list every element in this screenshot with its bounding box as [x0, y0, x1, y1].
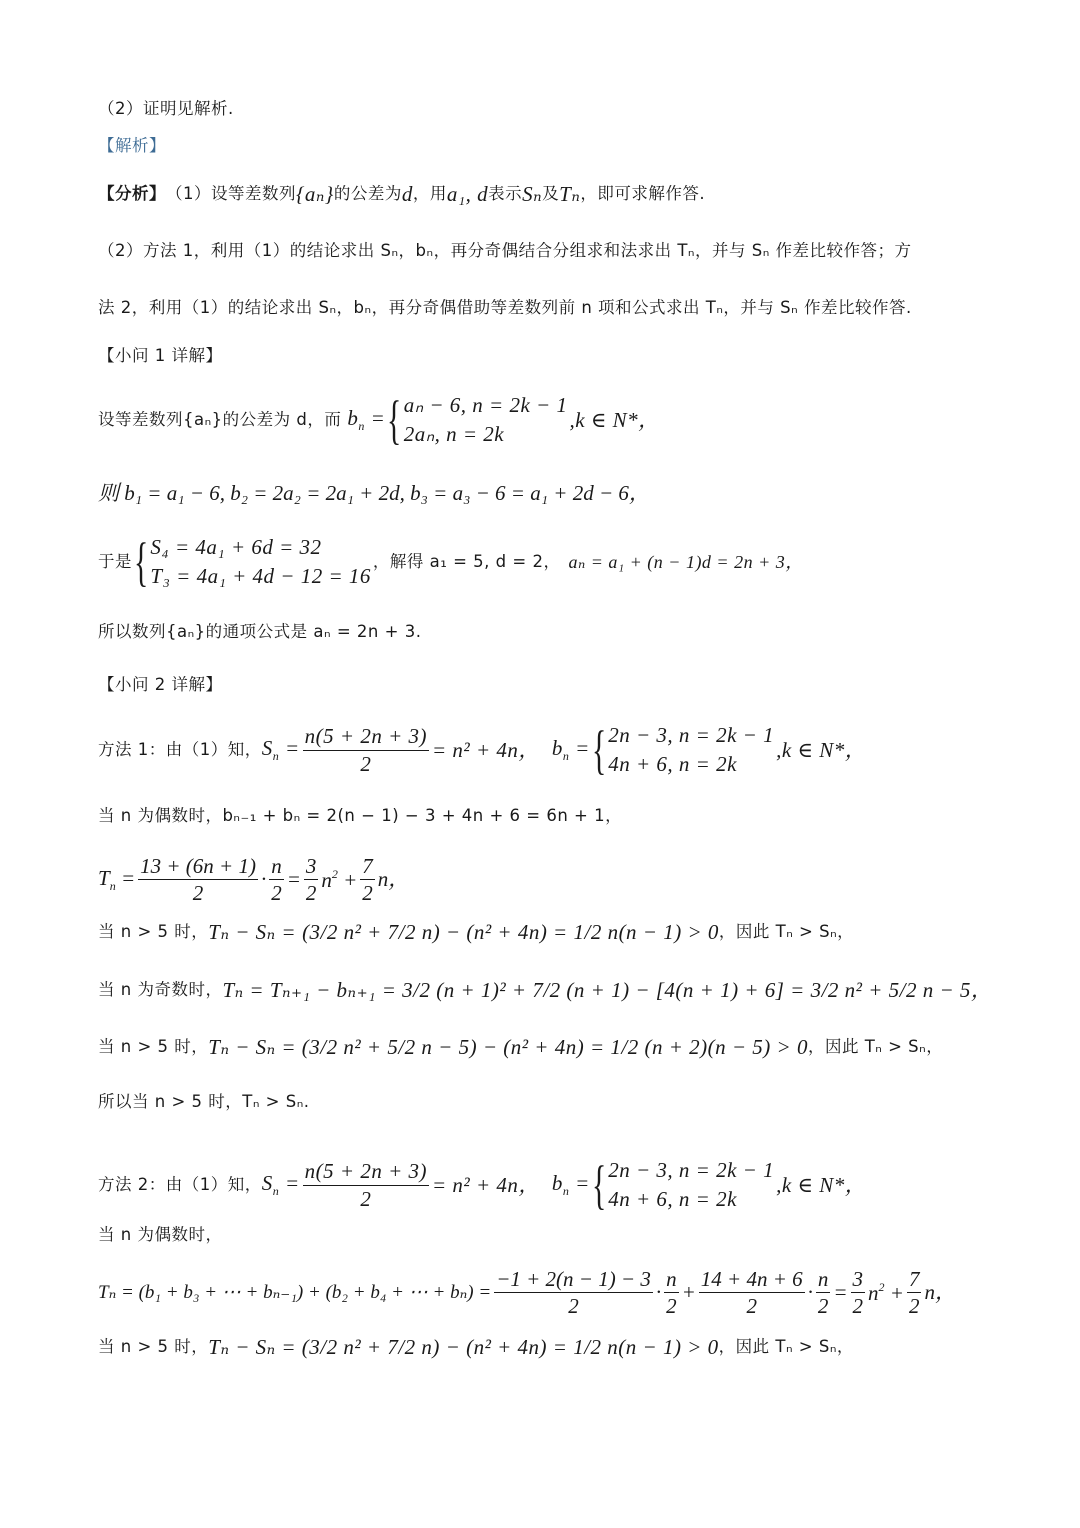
numerator: 7: [907, 1268, 922, 1293]
numerator: n: [269, 855, 284, 880]
fraction: 7 2: [907, 1268, 922, 1317]
denominator: 2: [568, 1293, 579, 1317]
m1-odd-compare: 当 n > 5 时， Tₙ − Sₙ = (3/2 n² + 5/2 n − 5…: [98, 1037, 943, 1058]
denominator: 2: [666, 1293, 677, 1317]
Sn-denominator: 2: [360, 751, 371, 775]
m1-even-case-text: 当 n 为偶数时，bₙ₋₁ + bₙ = 2(n − 1) − 3 + 4n +…: [98, 808, 622, 825]
denominator: 2: [362, 880, 373, 904]
Tn-lhs: Tₙ = (b₁ + b₃ + ⋯ + bₙ₋₁) + (b₂ + b₄ + ⋯…: [98, 1283, 491, 1302]
compare-expr: Tₙ − Sₙ = (3/2 n² + 5/2 n − 5) − (n² + 4…: [208, 1037, 808, 1058]
document-page: （2）证明见解析. 【解析】 【分析】 （1）设等差数列 {aₙ} 的公差为 d…: [0, 0, 1080, 1528]
fraction: n 2: [269, 855, 284, 904]
term: n2 +: [868, 1281, 904, 1304]
Sn-numerator: n(5 + 2n + 3): [303, 725, 429, 750]
analysis-part1-and: 及: [542, 186, 559, 203]
Sn-fraction: n(5 + 2n + 3) 2: [303, 1160, 429, 1209]
equals-sign: =: [833, 1282, 847, 1303]
compare-prefix: 当 n > 5 时，: [98, 1039, 208, 1056]
bn-case-even: 2aₙ, n = 2k: [404, 424, 568, 445]
numerator: 3: [304, 855, 319, 880]
fraction: 7 2: [360, 855, 375, 904]
q1-line2: 则 b₁ = a₁ − 6, b₂ = 2a₂ = 2a₁ + 2d, b₃ =…: [98, 483, 650, 504]
analysis-label: 【分析】: [98, 186, 166, 203]
analysis-part1-prefix: （1）设等差数列: [166, 186, 296, 203]
left-brace-icon: {: [387, 393, 402, 447]
m2-even-compare: 当 n > 5 时， Tₙ − Sₙ = (3/2 n² + 7/2 n) − …: [98, 1337, 854, 1358]
q1-line1-text: 设等差数列{aₙ}的公差为 d，而: [98, 412, 341, 429]
numerator: 13 + (6n + 1): [138, 855, 258, 880]
left-brace-icon: {: [134, 535, 149, 589]
denominator: 2: [306, 880, 317, 904]
q1-line4: 所以数列{aₙ}的通项公式是 aₙ = 2n + 3.: [98, 624, 421, 641]
Sn-symbol: Sn =: [262, 1173, 300, 1197]
compare-prefix: 当 n > 5 时，: [98, 1339, 208, 1356]
analysis-part1-use: ，用: [413, 186, 447, 203]
q1-heading: 【小问 1 详解】: [98, 348, 223, 365]
system-eq-S4: S₄ = 4a₁ + 6d = 32: [150, 537, 370, 558]
compare-expr: Tₙ − Sₙ = (3/2 n² + 7/2 n) − (n² + 4n) =…: [208, 1337, 718, 1358]
m2-even-case: 当 n 为偶数时，: [98, 1227, 222, 1244]
numerator: 3: [851, 1268, 866, 1293]
bn-case-odd: 2n − 3, n = 2k − 1: [608, 1160, 774, 1181]
answer-part2-text: （2）证明见解析.: [98, 101, 234, 118]
m1-even-case: 当 n 为偶数时，bₙ₋₁ + bₙ = 2(n − 1) − 3 + 4n +…: [98, 808, 622, 825]
plus-sign: +: [682, 1282, 696, 1303]
m1-intro: 方法 1：由（1）知，: [98, 742, 262, 759]
Sn-numerator: n(5 + 2n + 3): [303, 1160, 429, 1185]
denominator: 2: [746, 1293, 757, 1317]
term: n，: [924, 1282, 956, 1303]
term: n，: [378, 869, 410, 890]
fraction: 13 + (6n + 1) 2: [138, 855, 258, 904]
analysis-part1-express: 表示: [488, 186, 522, 203]
m1-intro-line: 方法 1：由（1）知， Sn = n(5 + 2n + 3) 2 = n² + …: [98, 723, 866, 777]
m1-odd-case: 当 n 为奇数时， Tₙ = Tₙ₊₁ − bₙ₊₁ = 3/2 (n + 1)…: [98, 980, 992, 1001]
denominator: 2: [853, 1293, 864, 1317]
q1-solve-text: ，解得 a₁ = 5, d = 2，: [373, 554, 561, 571]
q1-line4-text: 所以数列{aₙ}的通项公式是 aₙ = 2n + 3.: [98, 624, 421, 641]
compare-diff: (3/2 n² + 7/2 n) − (n² + 4n) = 1/2 n(n −…: [302, 922, 719, 943]
system-eq-T3: T₃ = 4a₁ + 4d − 12 = 16: [150, 566, 370, 587]
bn-case-even: 4n + 6, n = 2k: [608, 754, 774, 775]
left-brace-icon: {: [592, 1158, 607, 1212]
q1-line2-text: 则 b₁ = a₁ − 6, b₂ = 2a₂ = 2a₁ + 2d, b₃ =…: [98, 483, 650, 504]
compare-conclusion: ，因此 Tₙ > Sₙ，: [719, 1339, 854, 1356]
Sn-result: = n² + 4n，: [432, 1175, 540, 1196]
bn-domain: ,k ∈ N*，: [776, 740, 866, 761]
dot-operator: ·: [808, 1282, 813, 1303]
bn-cases: { 2n − 3, n = 2k − 1 4n + 6, n = 2k: [592, 723, 774, 777]
denominator: 2: [271, 880, 282, 904]
bn-case-odd: 2n − 3, n = 2k − 1: [608, 725, 774, 746]
left-brace-icon: {: [592, 723, 607, 777]
numerator: 14 + 4n + 6: [699, 1268, 805, 1293]
denominator: 2: [193, 880, 204, 904]
q1-heading-text: 【小问 1 详解】: [98, 348, 223, 365]
dot-operator: ·: [261, 869, 266, 890]
compare-conclusion: ，因此 Tₙ > Sₙ，: [808, 1039, 943, 1056]
compare-conclusion: ，因此 Tₙ > Sₙ，: [719, 924, 854, 941]
analysis-part2-line2: 法 2，利用（1）的结论求出 Sₙ，bₙ，再分奇偶借助等差数列前 n 项和公式求…: [98, 300, 912, 317]
vars-a1-d: a₁, d: [447, 184, 488, 205]
analysis-part1: 【分析】 （1）设等差数列 {aₙ} 的公差为 d ，用 a₁, d 表示 Sₙ…: [98, 184, 705, 205]
fraction: 14 + 4n + 6 2: [699, 1268, 805, 1317]
analysis-part1-end: ，即可求解作答.: [580, 186, 705, 203]
q1-line1: 设等差数列{aₙ}的公差为 d，而 bn = { aₙ − 6, n = 2k …: [98, 393, 660, 447]
Sn-result: = n² + 4n，: [432, 740, 540, 761]
odd-case-expr: Tₙ = Tₙ₊₁ − bₙ₊₁ = 3/2 (n + 1)² + 7/2 (n…: [222, 980, 992, 1001]
bn-symbol: bn =: [552, 738, 590, 762]
section-jiexi-label: 【解析】: [98, 138, 166, 155]
fraction: −1 + 2(n − 1) − 3 2: [494, 1268, 653, 1317]
denominator: 2: [909, 1293, 920, 1317]
answer-part2: （2）证明见解析.: [98, 101, 234, 118]
q1-an-formula: aₙ = a₁ + (n − 1)d = 2n + 3，: [568, 553, 803, 571]
analysis-part2-line1: （2）方法 1，利用（1）的结论求出 Sₙ，bₙ，再分奇偶结合分组求和法求出 T…: [98, 243, 912, 260]
analysis-part2-line1-text: （2）方法 1，利用（1）的结论求出 Sₙ，bₙ，再分奇偶结合分组求和法求出 T…: [98, 243, 912, 260]
m1-final: 所以当 n > 5 时，Tₙ > Sₙ.: [98, 1094, 310, 1111]
dot-operator: ·: [656, 1282, 661, 1303]
seq-an: {aₙ}: [296, 184, 334, 205]
q1-line3-prefix: 于是: [98, 554, 132, 571]
bn-case-odd: aₙ − 6, n = 2k − 1: [404, 395, 568, 416]
numerator: −1 + 2(n − 1) − 3: [494, 1268, 653, 1293]
Sn-denominator: 2: [360, 1186, 371, 1210]
m1-Tn-even: Tn = 13 + (6n + 1) 2 · n 2 = 3 2 n2 + 7 …: [98, 855, 409, 904]
Tn-symbol: Tn =: [98, 868, 135, 892]
var-d: d: [402, 184, 413, 205]
var-Sn: Sₙ: [522, 184, 542, 205]
analysis-part1-mid: 的公差为: [334, 186, 402, 203]
odd-case-prefix: 当 n 为奇数时，: [98, 982, 222, 999]
equals-sign: =: [287, 869, 301, 890]
m2-intro: 方法 2：由（1）知，: [98, 1177, 262, 1194]
section-jiexi-heading: 【解析】: [98, 138, 166, 155]
term: n2 +: [321, 868, 357, 891]
m1-even-compare: 当 n > 5 时， Tₙ − Sₙ = (3/2 n² + 7/2 n) − …: [98, 922, 854, 943]
bn-domain: ,k ∈ N*，: [776, 1175, 866, 1196]
fraction: 3 2: [304, 855, 319, 904]
var-Tn: Tₙ: [559, 184, 580, 205]
q1-line3: 于是 { S₄ = 4a₁ + 6d = 32 T₃ = 4a₁ + 4d − …: [98, 535, 804, 589]
Sn-fraction: n(5 + 2n + 3) 2: [303, 725, 429, 774]
Sn-symbol: Sn =: [262, 738, 300, 762]
numerator: n: [664, 1268, 679, 1293]
bn-case-even: 4n + 6, n = 2k: [608, 1189, 774, 1210]
m2-Tn-expr: Tₙ = (b₁ + b₃ + ⋯ + bₙ₋₁) + (b₂ + b₄ + ⋯…: [98, 1268, 956, 1317]
bn-symbol: bn =: [347, 408, 385, 432]
numerator: n: [816, 1268, 831, 1293]
compare-prefix: 当 n > 5 时，: [98, 924, 208, 941]
bn-cases: { 2n − 3, n = 2k − 1 4n + 6, n = 2k: [592, 1158, 774, 1212]
bn-cases: { aₙ − 6, n = 2k − 1 2aₙ, n = 2k: [387, 393, 567, 447]
fraction: n 2: [816, 1268, 831, 1317]
m2-even-case-text: 当 n 为偶数时，: [98, 1227, 222, 1244]
analysis-part2-line2-text: 法 2，利用（1）的结论求出 Sₙ，bₙ，再分奇偶借助等差数列前 n 项和公式求…: [98, 300, 912, 317]
fraction: 3 2: [851, 1268, 866, 1317]
m2-intro-line: 方法 2：由（1）知， Sn = n(5 + 2n + 3) 2 = n² + …: [98, 1158, 866, 1212]
m1-final-text: 所以当 n > 5 时，Tₙ > Sₙ.: [98, 1094, 310, 1111]
q2-heading-text: 【小问 2 详解】: [98, 677, 223, 694]
denominator: 2: [818, 1293, 829, 1317]
bn-symbol: bn =: [552, 1173, 590, 1197]
equation-system: { S₄ = 4a₁ + 6d = 32 T₃ = 4a₁ + 4d − 12 …: [134, 535, 371, 589]
bn-domain: ,k ∈ N*，: [569, 410, 659, 431]
numerator: 7: [360, 855, 375, 880]
fraction: n 2: [664, 1268, 679, 1317]
compare-lhs: Tₙ − Sₙ =: [208, 922, 296, 943]
q2-heading: 【小问 2 详解】: [98, 677, 223, 694]
